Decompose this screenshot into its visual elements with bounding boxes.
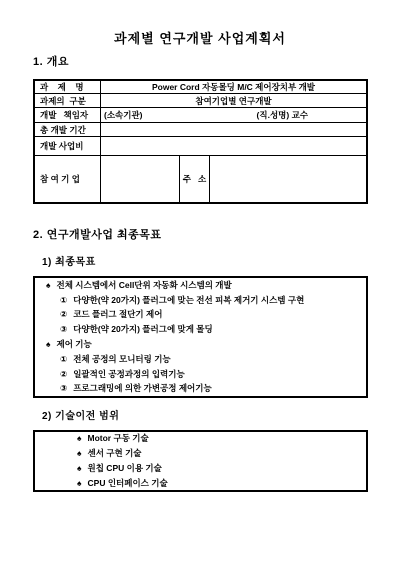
project-name-value: Power Cord 자동몰딩 M/C 제어장치부 개발 [101,81,366,93]
table-row-project-cost: 개발 사업비 [35,137,366,156]
project-cost-label: 개발 사업비 [35,137,101,155]
circled-number-icon: ② [60,367,67,382]
participating-company-label: 참 여 기 업 [35,156,101,202]
list-item: ♠ 제어 기능 [39,337,362,352]
participating-company-value [101,156,180,202]
list-item: ② 코드 플러그 절단기 제어 [39,307,362,322]
circled-number-icon: ③ [60,381,67,396]
list-item: ♠ 센서 구현 기술 [39,446,362,461]
transfer-text: 센서 구현 기술 [88,446,142,461]
circled-number-icon: ① [60,293,67,308]
spade-bullet-icon: ♠ [77,446,82,461]
table-row-participating-company: 참 여 기 업 주 소 [35,156,366,202]
spade-bullet-icon: ♠ [77,431,82,446]
project-category-label: 과제의 구분 [35,94,101,107]
goal-text: 코드 플러그 절단기 제어 [73,307,162,322]
project-category-value: 참여기업별 연구개발 [101,94,366,107]
development-lead-value: (소속기관) (직.성명) 교수 [101,108,366,122]
goal-text: 다양한(약 20가지) 플러그에 맞게 몰딩 [73,322,213,337]
spade-bullet-icon: ♠ [46,278,51,293]
development-lead-label: 개발 책임자 [35,108,101,122]
circled-number-icon: ① [60,352,67,367]
transfer-text: Motor 구동 기술 [88,431,149,446]
goal-text: 전체 시스템에서 Cell단위 자동화 시스템의 개발 [57,278,232,293]
address-value [210,156,366,202]
list-item: ♠ 전체 시스템에서 Cell단위 자동화 시스템의 개발 [39,278,362,293]
goal-text: 제어 기능 [57,337,92,352]
goal-text: 일괄적인 공정과정의 입력기능 [73,367,184,382]
list-item: ① 다양한(약 20가지) 플러그에 맞는 전선 피복 제거기 시스템 구현 [39,293,362,308]
tech-transfer-box: ♠ Motor 구동 기술 ♠ 센서 구현 기술 ♠ 원칩 CPU 이용 기술 … [33,430,368,492]
final-goals-heading: 1) 최종목표 [42,253,96,268]
list-item: ③ 다양한(약 20가지) 플러그에 맞게 몰딩 [39,322,362,337]
transfer-text: 원칩 CPU 이용 기술 [88,461,162,476]
goal-text: 다양한(약 20가지) 플러그에 맞는 전선 피복 제거기 시스템 구현 [73,293,304,308]
list-item: ③ 프로그래밍에 의한 가변공정 제어기능 [39,381,362,396]
transfer-text: CPU 인터페이스 기술 [88,476,168,491]
final-goals-box: ♠ 전체 시스템에서 Cell단위 자동화 시스템의 개발 ① 다양한(약 20… [33,276,368,398]
circled-number-icon: ② [60,307,67,322]
goal-text: 전체 공정의 모니터링 기능 [73,352,170,367]
table-row-total-period: 총 개발 기간 [35,123,366,137]
total-period-value [101,123,366,136]
title-name-placeholder: (직.성명) 교수 [257,109,308,121]
tech-transfer-heading: 2) 기술이전 범위 [42,407,119,422]
list-item: ♠ Motor 구동 기술 [39,431,362,446]
spade-bullet-icon: ♠ [77,461,82,476]
address-label: 주 소 [180,156,210,202]
table-row-project-name: 과 제 명 Power Cord 자동몰딩 M/C 제어장치부 개발 [35,81,366,94]
section-2-heading: 2. 연구개발사업 최종목표 [33,226,162,242]
affiliation-placeholder: (소속기관) [104,109,143,121]
spade-bullet-icon: ♠ [77,476,82,491]
spade-bullet-icon: ♠ [46,337,51,352]
document-page: { "doc": { "title": "과제별 연구개발 사업계획서", "s… [0,0,400,565]
table-row-project-category: 과제의 구분 참여기업별 연구개발 [35,94,366,108]
list-item: ♠ 원칩 CPU 이용 기술 [39,461,362,476]
project-name-label: 과 제 명 [35,81,101,93]
list-item: ② 일괄적인 공정과정의 입력기능 [39,367,362,382]
total-period-label: 총 개발 기간 [35,123,101,136]
goal-text: 프로그래밍에 의한 가변공정 제어기능 [73,381,211,396]
project-cost-value [101,137,366,155]
section-1-heading: 1. 개요 [33,53,69,69]
page-title: 과제별 연구개발 사업계획서 [0,28,400,47]
list-item: ① 전체 공정의 모니터링 기능 [39,352,362,367]
list-item: ♠ CPU 인터페이스 기술 [39,476,362,491]
overview-table: 과 제 명 Power Cord 자동몰딩 M/C 제어장치부 개발 과제의 구… [33,79,368,204]
circled-number-icon: ③ [60,322,67,337]
table-row-development-lead: 개발 책임자 (소속기관) (직.성명) 교수 [35,108,366,123]
